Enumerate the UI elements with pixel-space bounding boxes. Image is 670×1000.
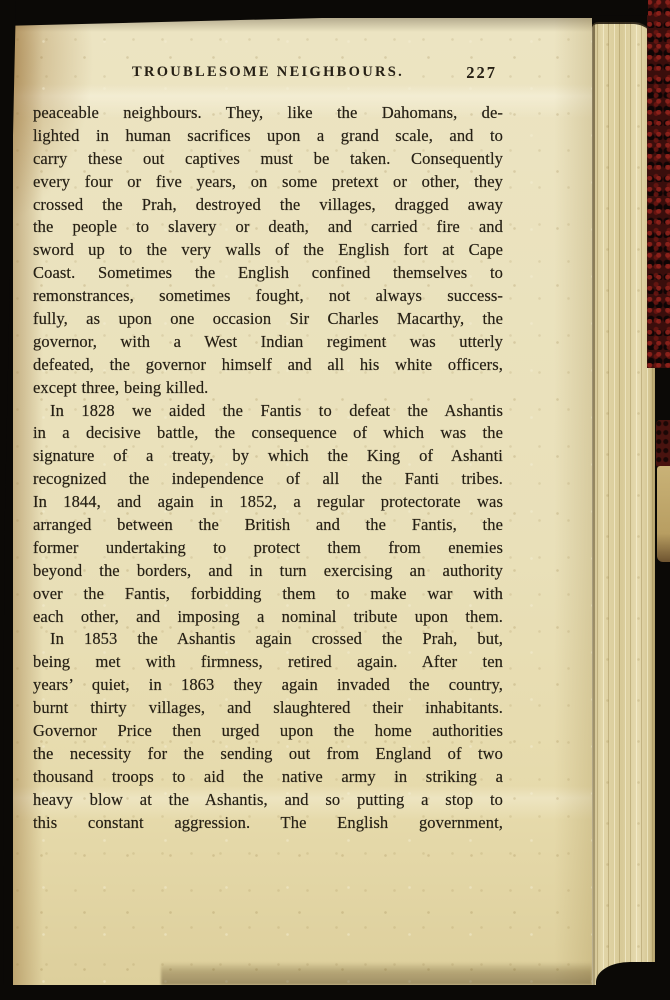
text-line: beyond the borders, and in turn exercisi… bbox=[33, 560, 503, 583]
page-corner-patch bbox=[657, 466, 670, 562]
text-line: In 1844, and again in 1852, a regular pr… bbox=[33, 491, 503, 514]
text-line: thousand troops to aid the native army i… bbox=[33, 766, 503, 789]
text-line: peaceable neighbours. They, like the Dah… bbox=[33, 102, 503, 125]
text-line: the necessity for the sending out from E… bbox=[33, 743, 503, 766]
text-line: lighted in human sacrifices upon a grand… bbox=[33, 125, 503, 148]
text-line: recognized the independence of all the F… bbox=[33, 468, 503, 491]
scanned-book-photo: TROUBLESOME NEIGHBOURS. 227 peaceable ne… bbox=[0, 0, 670, 1000]
text-line: defeated, the governor himself and all h… bbox=[33, 354, 503, 377]
text-line: fully, as upon one occasion Sir Charles … bbox=[33, 308, 503, 331]
text-line: burnt thirty villages, and slaughtered t… bbox=[33, 697, 503, 720]
text-line: In 1828 we aided the Fantis to defeat th… bbox=[33, 400, 503, 423]
text-line: carry these out captives must be taken. … bbox=[33, 148, 503, 171]
text-line: arranged between the British and the Fan… bbox=[33, 514, 503, 537]
text-line: this constant aggression. The English go… bbox=[33, 812, 503, 835]
text-line: over the Fantis, forbidding them to make… bbox=[33, 583, 503, 606]
page-number: 227 bbox=[466, 63, 497, 83]
text-line: signature of a treaty, by which the King… bbox=[33, 445, 503, 468]
text-line: every four or five years, on some pretex… bbox=[33, 171, 503, 194]
text-line: years’ quiet, in 1863 they again invaded… bbox=[33, 674, 503, 697]
photo-border-bottom bbox=[0, 985, 670, 1000]
text-line: remonstrances, sometimes fought, not alw… bbox=[33, 285, 503, 308]
text-line: except three, being killed. bbox=[33, 377, 503, 400]
text-line: Coast. Sometimes the English confined th… bbox=[33, 262, 503, 285]
text-line: former undertaking to protect them from … bbox=[33, 537, 503, 560]
text-line: In 1853 the Ashantis again crossed the P… bbox=[33, 628, 503, 651]
text-line: heavy blow at the Ashantis, and so putti… bbox=[33, 789, 503, 812]
page-body-text: peaceable neighbours. They, like the Dah… bbox=[33, 102, 503, 835]
text-line: in a decisive battle, the consequence of… bbox=[33, 422, 503, 445]
running-header-title: TROUBLESOME NEIGHBOURS. bbox=[132, 64, 404, 81]
text-line: Governor Price then urged upon the home … bbox=[33, 720, 503, 743]
page-header: TROUBLESOME NEIGHBOURS. 227 bbox=[33, 64, 503, 88]
text-line: governor, with a West Indian regiment wa… bbox=[33, 331, 503, 354]
under-page-shadow bbox=[161, 962, 592, 985]
text-line: each other, and imposing a nominal tribu… bbox=[33, 606, 503, 629]
fore-edge-page-stack bbox=[592, 22, 655, 987]
book-page: TROUBLESOME NEIGHBOURS. 227 peaceable ne… bbox=[13, 18, 592, 985]
book-cover-texture-top bbox=[647, 0, 670, 368]
book-cover-patch bbox=[656, 420, 670, 468]
text-line: sword up to the very walls of the Englis… bbox=[33, 239, 503, 262]
text-line: crossed the Prah, destroyed the villages… bbox=[33, 194, 503, 217]
text-line: being met with firmness, retired again. … bbox=[33, 651, 503, 674]
text-line: the people to slavery or death, and carr… bbox=[33, 216, 503, 239]
